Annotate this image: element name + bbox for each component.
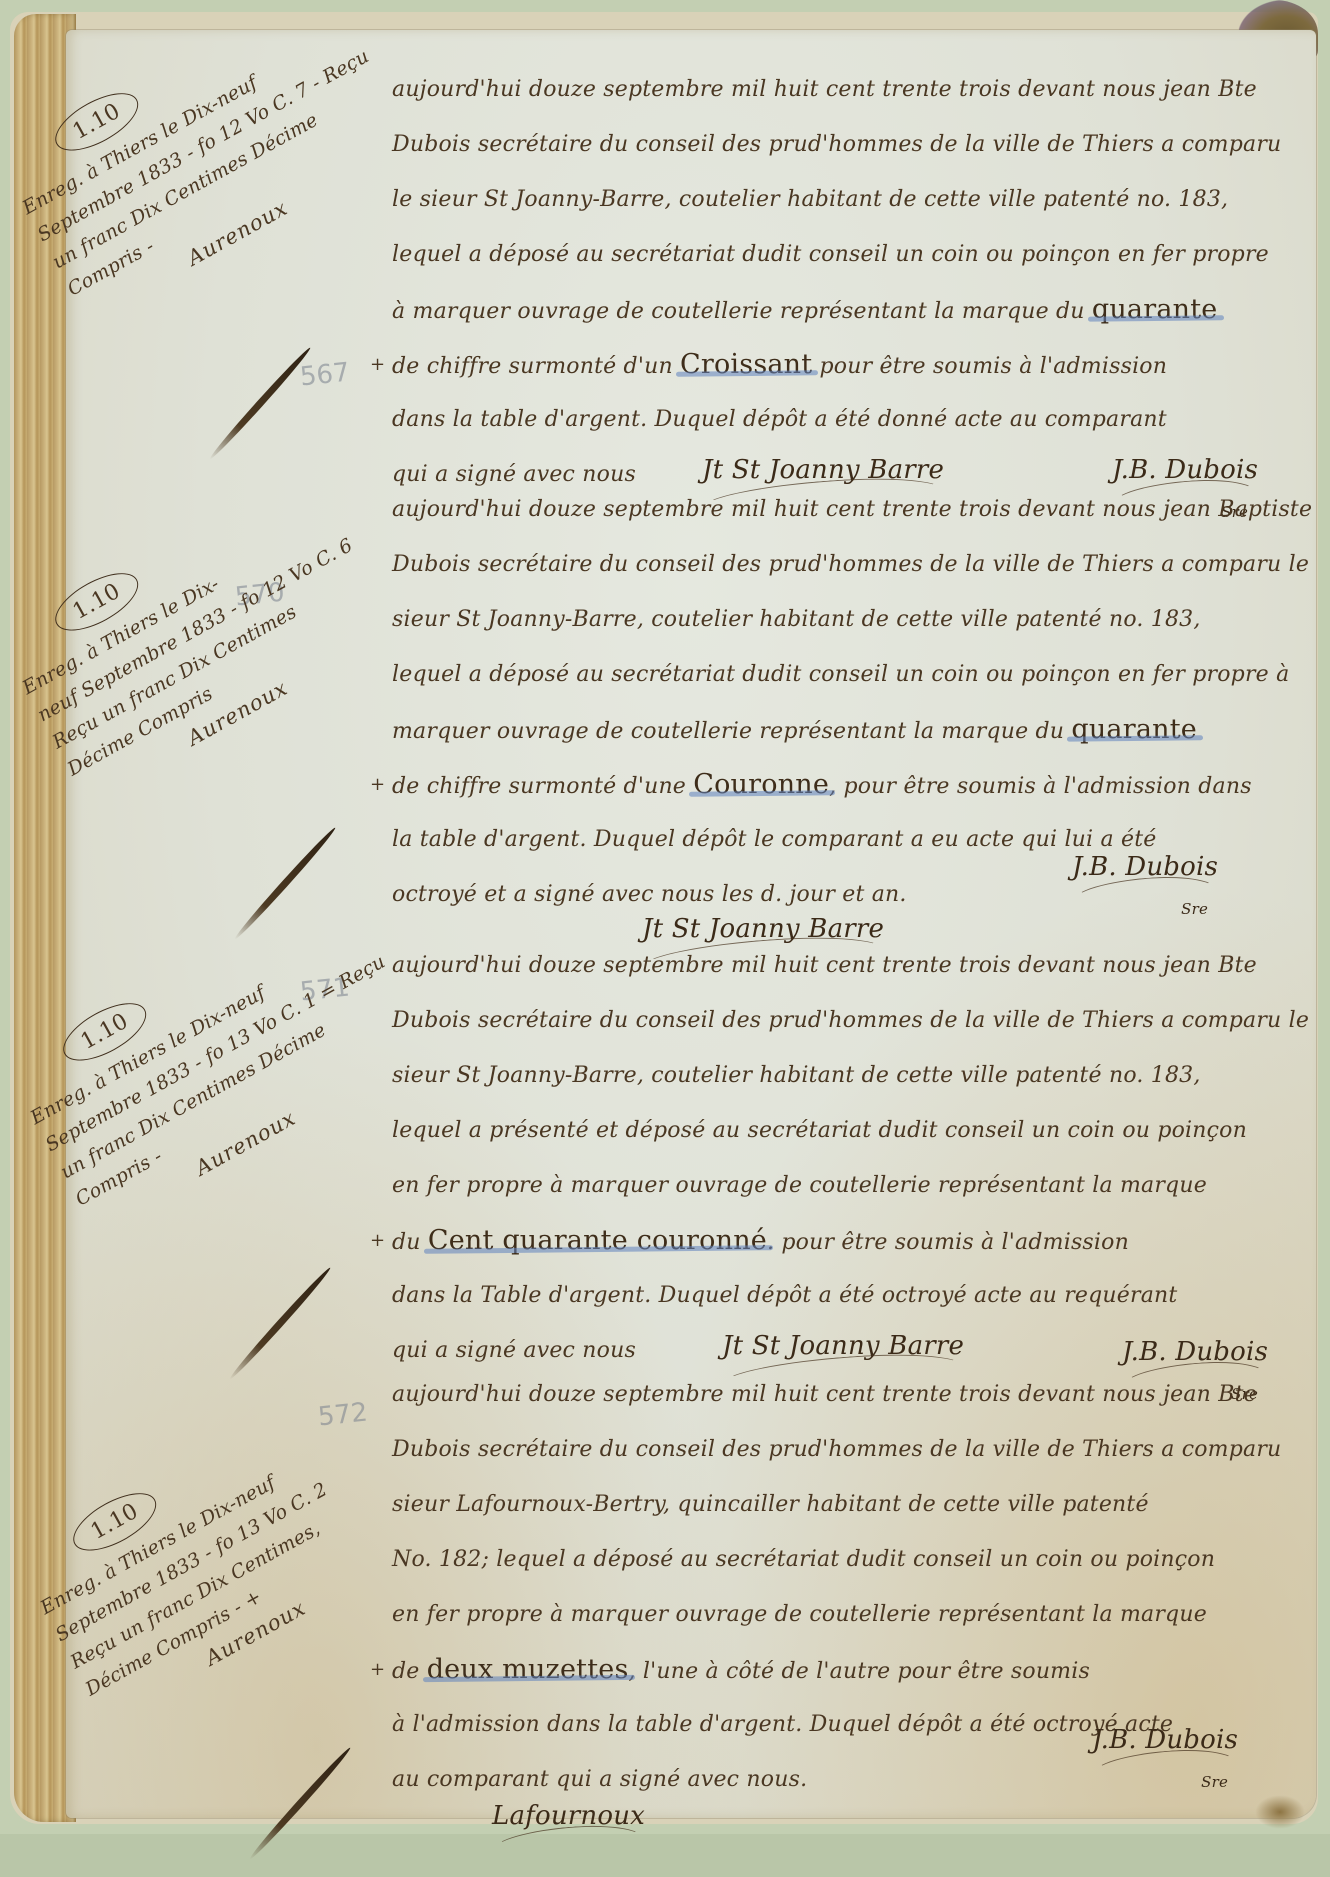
entry-text: de chiffre surmonté d'une bbox=[392, 774, 693, 799]
entry-line: lequel a déposé au secrétariat dudit con… bbox=[392, 227, 1312, 282]
pencil-folio-number: 567 bbox=[299, 357, 352, 392]
entry-line: dans la Table d'argent. Duquel dépôt a é… bbox=[392, 1268, 1312, 1323]
entry-text: marquer ouvrage de coutellerie représent… bbox=[392, 719, 1071, 744]
entry-text: , pour être soumis à l'admission dans bbox=[829, 774, 1252, 799]
entry-line: aujourd'hui douze septembre mil huit cen… bbox=[392, 482, 1312, 537]
entry-text: de bbox=[392, 1659, 427, 1684]
entry-line: dans la table d'argent. Duquel dépôt a é… bbox=[392, 392, 1312, 447]
entry-line: aujourd'hui douze septembre mil huit cen… bbox=[392, 1367, 1312, 1422]
entry-line: en fer propre à marquer ouvrage de coute… bbox=[392, 1587, 1312, 1642]
entry-line: Dubois secrétaire du conseil des prud'ho… bbox=[392, 993, 1312, 1048]
signature-suffix: Sre bbox=[1201, 1773, 1228, 1791]
entry-line: sieur St Joanny-Barre, coutelier habitan… bbox=[392, 592, 1312, 647]
mark-description: Couronne bbox=[693, 769, 829, 800]
register-entry-1: aujourd'hui douze septembre mil huit cen… bbox=[392, 62, 1312, 517]
register-entry-2: aujourd'hui douze septembre mil huit cen… bbox=[392, 482, 1312, 992]
entry-line: Dubois secrétaire du conseil des prud'ho… bbox=[392, 537, 1312, 592]
entry-line: Dubois secrétaire du conseil des prud'ho… bbox=[392, 117, 1312, 172]
mark-description: quarante bbox=[1071, 714, 1197, 745]
photo-background: 567 1.10 Enreg. à Thiers le Dix-neuf Sep… bbox=[0, 0, 1330, 1834]
register-entry-4: aujourd'hui douze septembre mil huit cen… bbox=[392, 1367, 1312, 1834]
entry-line: sieur Lafournoux-Bertry, quincailler hab… bbox=[392, 1477, 1312, 1532]
register-entry-3: aujourd'hui douze septembre mil huit cen… bbox=[392, 938, 1312, 1393]
entry-text: pour être soumis à l'admission bbox=[812, 354, 1167, 379]
secretary-signature: J.B. Dubois Sre bbox=[1072, 852, 1218, 898]
entry-line: sieur St Joanny-Barre, coutelier habitan… bbox=[392, 1048, 1312, 1103]
entry-line: aujourd'hui douze septembre mil huit cen… bbox=[392, 938, 1312, 993]
signature-suffix: Sre bbox=[1181, 900, 1208, 918]
entry-line: le sieur St Joanny-Barre, coutelier habi… bbox=[392, 172, 1312, 227]
entry-line: Dubois secrétaire du conseil des prud'ho… bbox=[392, 1422, 1312, 1477]
mark-description: quarante bbox=[1092, 294, 1218, 325]
entry-line: No. 182; lequel a déposé au secrétariat … bbox=[392, 1532, 1312, 1587]
mark-description: Croissant bbox=[680, 349, 812, 380]
entry-line: à marquer ouvrage de coutellerie représe… bbox=[392, 282, 1312, 337]
entry-text: de chiffre surmonté d'un bbox=[392, 354, 680, 379]
entry-line: de deux muzettes, l'une à côté de l'autr… bbox=[392, 1642, 1312, 1697]
secretary-signature: J.B. Dubois Sre bbox=[1092, 1725, 1238, 1771]
entry-line: de chiffre surmonté d'un Croissant pour … bbox=[392, 337, 1312, 392]
signature-row: Lafournoux J.B. Dubois Sre bbox=[392, 1807, 1312, 1834]
entry-line: aujourd'hui douze septembre mil huit cen… bbox=[392, 62, 1312, 117]
mark-description: Cent quarante couronné bbox=[428, 1225, 767, 1256]
entry-text: , l'une à côté de l'autre pour être soum… bbox=[629, 1659, 1090, 1684]
entry-line: lequel a présenté et déposé au secrétari… bbox=[392, 1103, 1312, 1158]
entry-line: du Cent quarante couronné. pour être sou… bbox=[392, 1213, 1312, 1268]
entry-text: à marquer ouvrage de coutellerie représe… bbox=[392, 299, 1092, 324]
pencil-folio-number: 572 bbox=[317, 1397, 370, 1432]
entry-line: marquer ouvrage de coutellerie représent… bbox=[392, 702, 1312, 757]
entry-line: lequel a déposé au secrétariat dudit con… bbox=[392, 647, 1312, 702]
entry-line: en fer propre à marquer ouvrage de coute… bbox=[392, 1158, 1312, 1213]
depositor-signature: Lafournoux bbox=[492, 1801, 645, 1834]
mark-description: deux muzettes bbox=[427, 1654, 629, 1685]
entry-text: du bbox=[392, 1230, 428, 1255]
entry-line: de chiffre surmonté d'une Couronne, pour… bbox=[392, 757, 1312, 812]
entry-text: . pour être soumis à l'admission bbox=[767, 1230, 1129, 1255]
